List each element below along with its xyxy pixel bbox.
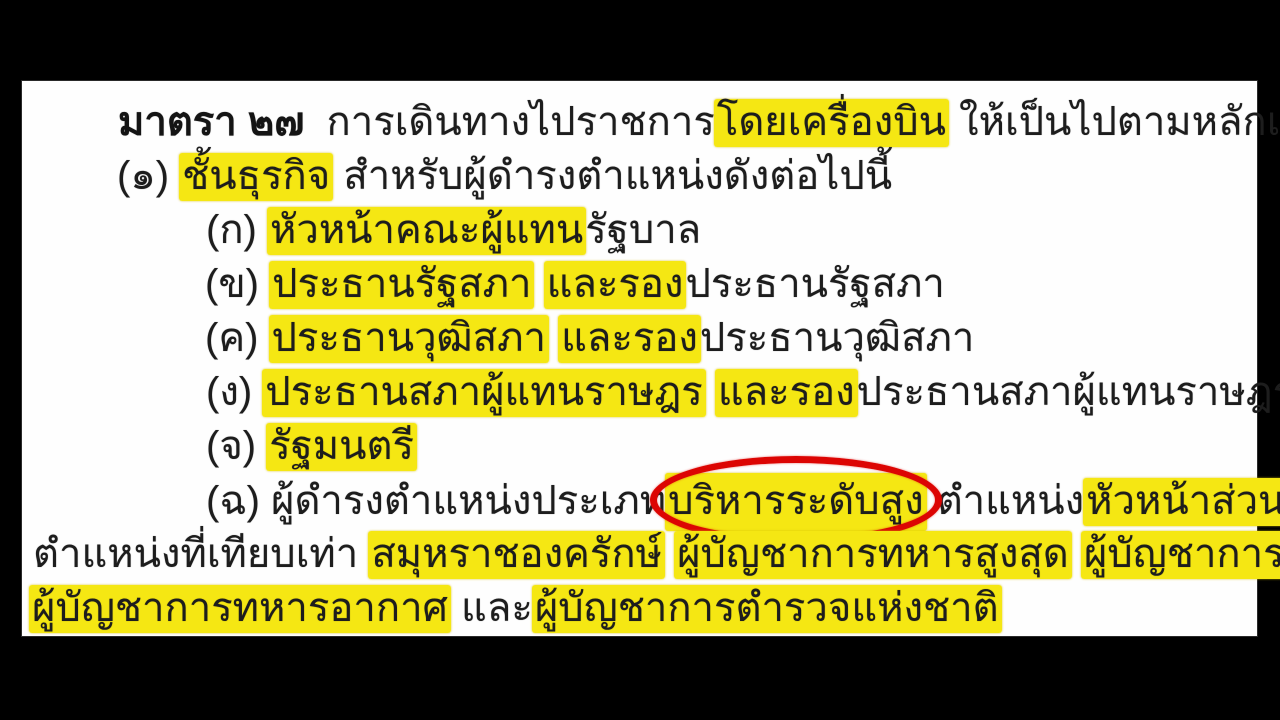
highlighted-text: ประธานวุฒิสภา	[269, 315, 549, 363]
highlighted-text: ประธานรัฐสภา	[269, 261, 534, 309]
plain-text: (ฉ) ผู้ดำรงตำแหน่งประเภท	[206, 479, 666, 523]
plain-text: สำหรับผู้ดำรงตำแหน่งดังต่อไปนี้	[332, 154, 892, 198]
highlighted-text: ผู้บัญชาการทหารบก	[1081, 531, 1280, 579]
plain-text: ประธานวุฒิสภา	[700, 316, 974, 360]
text-line-item-kho: (ข) ประธานรัฐสภา และรองประธานรัฐสภา	[205, 257, 945, 311]
highlighted-text: ผู้บัญชาการตำรวจแห่งชาติ	[532, 585, 1002, 633]
bold-text: มาตรา ๒๗	[118, 100, 304, 144]
plain-text: (ข)	[205, 262, 270, 306]
text-line-continuation-2: ผู้บัญชาการทหารอากาศ และผู้บัญชาการตำรวจ…	[30, 581, 1001, 635]
document-page: มาตรา ๒๗ การเดินทางไปราชการโดยเครื่องบิน…	[21, 80, 1258, 637]
video-frame-letterbox: มาตรา ๒๗ การเดินทางไปราชการโดยเครื่องบิน…	[0, 0, 1280, 720]
plain-text: และ	[450, 586, 533, 630]
highlighted-text: ผู้บัญชาการทหารอากาศ	[29, 585, 451, 633]
highlighted-text: ผู้บัญชาการทหารสูงสุด	[674, 531, 1072, 579]
highlighted-text: หัวหน้าส่วนราชการระดับกระทรวง	[1083, 478, 1280, 526]
plain-text: ให้เป็นไปตามหลักเกณฑ์ดังต่อไปนี้	[948, 100, 1280, 144]
circled-highlight-text: บริหารระดับสูง	[665, 473, 926, 531]
highlighted-text: สมุหราชองครักษ์	[368, 531, 665, 579]
text-line-item-ngo: (ง) ประธานสภาผู้แทนราษฎร และรองประธานสภา…	[206, 365, 1280, 419]
plain-text: (ค)	[205, 316, 270, 360]
highlighted-text: และรอง	[715, 369, 858, 417]
plain-text: รัฐบาล	[585, 208, 701, 252]
plain-text: ประธานสภาผู้แทนราษฎร	[857, 370, 1280, 414]
plain-text: (ก)	[206, 208, 268, 252]
highlighted-text: และรอง	[544, 261, 687, 309]
text-line-item-cho: (จ) รัฐมนตรี	[206, 419, 416, 473]
plain-text: (ง)	[206, 370, 263, 414]
highlighted-text: ชั้นธุรกิจ	[179, 153, 333, 201]
text-line-item-ko: (ก) หัวหน้าคณะผู้แทนรัฐบาล	[206, 203, 701, 257]
highlighted-text: โดยเครื่องบิน	[714, 99, 949, 147]
plain-text: (จ)	[206, 424, 267, 468]
plain-text: (๑)	[117, 154, 180, 198]
text-line-item-cho-ching: (ฉ) ผู้ดำรงตำแหน่งประเภทบริหารระดับสูง ต…	[206, 473, 1280, 531]
plain-text	[533, 262, 544, 306]
text-line-heading-matra-27: มาตรา ๒๗ การเดินทางไปราชการโดยเครื่องบิน…	[118, 95, 1280, 149]
highlighted-text: ประธานสภาผู้แทนราษฎร	[262, 369, 705, 417]
text-line-item-kho-khwai: (ค) ประธานวุฒิสภา และรองประธานวุฒิสภา	[205, 311, 974, 365]
highlighted-text: รัฐมนตรี	[266, 423, 417, 471]
plain-text: ประธานรัฐสภา	[685, 262, 944, 306]
plain-text: การเดินทางไปราชการ	[304, 100, 715, 144]
text-line-continuation-1: ตำแหน่งที่เทียบเท่า สมุหราชองครักษ์ ผู้บ…	[33, 527, 1280, 581]
text-line-clause-1-business-class: (๑) ชั้นธุรกิจ สำหรับผู้ดำรงตำแหน่งดังต่…	[117, 149, 892, 203]
highlighted-text: และรอง	[558, 315, 701, 363]
plain-text: ตำแหน่งที่เทียบเท่า	[33, 532, 369, 576]
plain-text: ตำแหน่ง	[926, 479, 1085, 523]
highlighted-text: หัวหน้าคณะผู้แทน	[267, 207, 586, 255]
